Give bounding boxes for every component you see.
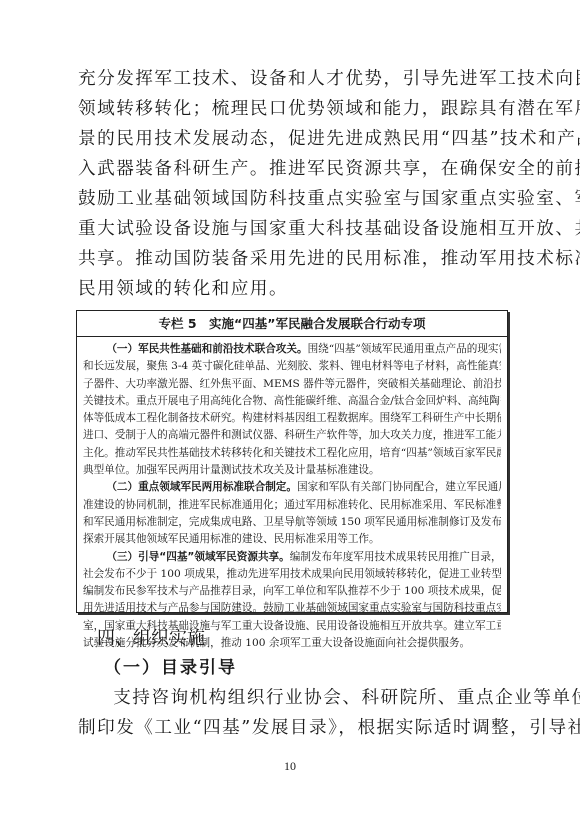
box-line: 探索开展其他领域军民通用标准的建设、民用标准采用等工作。 — [83, 531, 501, 548]
section-first-line: （一）军民共性基础和前沿技术联合攻关。围绕“四基”领域军民通用重点产品的现实需求 — [83, 341, 501, 358]
text-line: 支持咨询机构组织行业协会、科研院所、重点企业等单位编 — [78, 683, 506, 713]
document-page: 充分发挥军工技术、设备和人才优势，引导先进军工技术向民用 领域转移转化；梳理民口… — [0, 0, 580, 820]
box-line: 用先进适用技术与产品参与国防建设。鼓励工业基础领域国家重点实验室与国防科技重点实… — [83, 600, 501, 617]
section-heading: （三）引导“四基”领域军民资源共享。 — [106, 551, 289, 563]
box-line: 和军民通用标准制定，完成集成电路、卫星导航等领域 150 项军民通用标准制修订及… — [83, 514, 501, 531]
intro-paragraph: 充分发挥军工技术、设备和人才优势，引导先进军工技术向民用 领域转移转化；梳理民口… — [78, 64, 506, 304]
box-line: 进口、受制于人的高端元器件和测试仪器、科研生产软件等，加大攻关力度，推进军工能力… — [83, 427, 501, 444]
text-line: 领域转移转化；梳理民口优势领域和能力，跟踪具有潜在军用前 — [78, 94, 506, 124]
box-line: 典型单位。加强军民两用计量测试技术攻关及计量基标准建设。 — [83, 462, 501, 479]
box-line: 编制发布民参军技术与产品推荐目录，向军工单位和军队推荐不少于 100 项技术成果… — [83, 583, 501, 600]
box-title: 专栏 5 实施“四基”军民融合发展联合行动专项 — [77, 311, 507, 337]
box-line: 主化。推动军民共性基础技术转移转化和关键技术工程化应用，培育“四基”领域百家军民… — [83, 445, 501, 462]
text-line: 重大试验设备设施与国家重大科技基础设备设施相互开放、共建 — [78, 214, 506, 244]
section-heading: （一）军民共性基础和前沿技术联合攻关。 — [106, 343, 307, 355]
text-line: 充分发挥军工技术、设备和人才优势，引导先进军工技术向民用 — [78, 64, 506, 94]
box-line: 子器件、大功率激光器、红外焦平面、MEMS 器件等元器件，突破相关基础理论、前沿… — [83, 376, 501, 393]
closing-paragraph: 支持咨询机构组织行业协会、科研院所、重点企业等单位编 制印发《工业“四基”发展目… — [78, 683, 506, 743]
section-heading: 四、组织实施 — [97, 625, 205, 653]
box-line: 和长远发展，聚焦 3-4 英寸碳化硅单晶、光刻胶、浆料、锂电材料等电子材料，高性… — [83, 358, 501, 375]
section-first-line: （三）引导“四基”领域军民资源共享。编制发布年度军用技术成果转民用推广目录，向全 — [83, 549, 501, 566]
text-line: 民用领域的转化和应用。 — [78, 274, 506, 304]
box-line: 关键技术。重点开展电子用高纯化合物、高性能碳纤维、高温合金/钛合金回炉料、高纯陶… — [83, 393, 501, 410]
text-line: 入武器装备科研生产。推进军民资源共享，在确保安全的前提下， — [78, 154, 506, 184]
page-number: 10 — [0, 759, 580, 774]
section-heading: （二）重点领域军民两用标准联合制定。 — [106, 481, 297, 493]
box-line: 社会发布不少于 100 项成果，推动先进军用技术成果向民用领域转移转化，促进工业… — [83, 566, 501, 583]
text-line: 制印发《工业“四基”发展目录》，根据实际适时调整，引导社会 — [78, 713, 506, 743]
text-line: 景的民用技术发展动态，促进先进成熟民用“四基”技术和产品进 — [78, 124, 506, 154]
box-line: 准建设的协同机制，推进军民标准通用化；通过军用标准转化、民用标准采用、军民标准整… — [83, 497, 501, 514]
box-body: （一）军民共性基础和前沿技术联合攻关。围绕“四基”领域军民通用重点产品的现实需求… — [77, 337, 507, 652]
column-box: 专栏 5 实施“四基”军民融合发展联合行动专项 （一）军民共性基础和前沿技术联合… — [76, 310, 508, 613]
section-first-line: （二）重点领域军民两用标准联合制定。国家和军队有关部门协同配合，建立军民通用标 — [83, 479, 501, 496]
text-line: 共享。推动国防装备采用先进的民用标准，推动军用技术标准向 — [78, 244, 506, 274]
subsection-heading: （一）目录引导 — [104, 653, 237, 683]
box-line: 体等低成本工程化制备技术研究。构建材料基因组工程数据库。围绕军工科研生产中长期依… — [83, 410, 501, 427]
text-line: 鼓励工业基础领域国防科技重点实验室与国家重点实验室、军工 — [78, 184, 506, 214]
